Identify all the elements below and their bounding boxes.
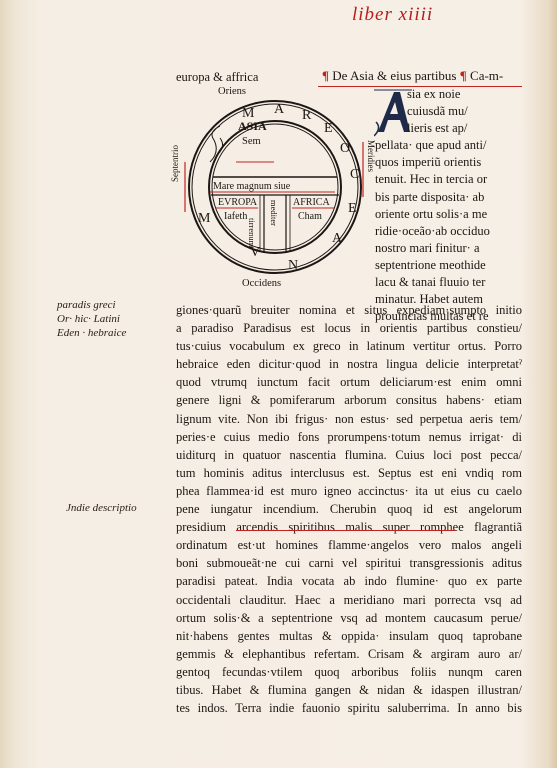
map-caption: europa & affrica — [176, 70, 258, 85]
text-line: quod vtrumq iunctum facit ortum deliciar… — [176, 373, 522, 391]
text-line: septentrione meothide — [375, 257, 522, 274]
svg-text:A: A — [332, 231, 343, 246]
text-line: genere ligni & pomiferarum arborum consi… — [176, 391, 522, 409]
svg-text:O: O — [340, 141, 350, 156]
marginal-note-india: Jndie descriptio — [66, 501, 137, 515]
text-line: giones·quarũ breuiter nomina et situs ex… — [176, 301, 522, 319]
right-column-text: sia ex noie cuiusdã mu/ lieris est ap/ p… — [407, 86, 522, 325]
text-line: ridie·oceão·ab occiduo — [375, 223, 522, 240]
svg-text:C: C — [350, 167, 359, 182]
svg-text:E: E — [348, 201, 357, 216]
map-north-label: Septentrio — [170, 145, 180, 182]
manuscript-page: liber xiiii europa & affrica ¶ De Asia &… — [0, 0, 557, 768]
svg-text:A: A — [274, 102, 285, 117]
text-line: pene iungatur incendium. Cherubin quoq i… — [176, 500, 522, 518]
text-line: ordinatum est·ut homines flamme·angelos … — [176, 536, 522, 554]
map-europa-label: EVROPA — [218, 197, 257, 208]
text-line: gentoq fecundas·vtilem quoq arboribus fo… — [176, 663, 522, 681]
map-east-label: Oriens — [218, 86, 246, 97]
svg-text:R: R — [302, 108, 312, 123]
text-line: ortum solis·& a septentrione vsq ad mont… — [176, 609, 522, 627]
text-line: paradisi pateat. India vocata ab indo fl… — [176, 572, 522, 590]
text-line: lignum vite. Non ibi frigus· non estus· … — [176, 410, 522, 428]
text-line: tum hominis aditus interclusus est. Sept… — [176, 464, 522, 482]
text-line: gemmis & elephantibus refertam. Crisam &… — [176, 645, 522, 663]
text-line: presidium arcendis spiritibus malis supe… — [176, 518, 522, 536]
map-africa-label: AFRICA — [293, 197, 330, 208]
text-line: quos imperiũ orientis — [375, 154, 522, 171]
text-line: hebraice eden dicitur·quod in nostra lin… — [176, 355, 522, 373]
chapter-heading-text: De Asia & eius partibus — [332, 68, 456, 83]
text-line: cuiusdã mu/ — [407, 103, 522, 120]
note-line: paradis greci — [57, 298, 126, 312]
text-line: tibus. Habet & flumina gangen & nidan & … — [176, 681, 522, 699]
marginal-note-paradise: paradis greci Or· hic· Latini Eden · heb… — [57, 298, 126, 340]
text-line: uiditurq in quatuor nascentia flumina. C… — [176, 446, 522, 464]
pilcrow-icon: ¶ — [460, 68, 467, 83]
map-stem-right-label: mediter — [269, 200, 279, 226]
text-line: sia ex noie — [407, 86, 522, 103]
body-text: giones·quarũ breuiter nomina et situs ex… — [176, 301, 522, 717]
t-o-world-map: M A R E O C E A N V M Oriens ASIA Sem Ma… — [180, 92, 370, 282]
text-line: occidentali clauditur. Haec a meridiano … — [176, 591, 522, 609]
text-line: phea flammea·id est muro igneo accinctus… — [176, 482, 522, 500]
svg-text:M: M — [198, 211, 211, 226]
svg-text:N: N — [288, 258, 298, 273]
map-europa-son: Iafeth — [224, 211, 247, 222]
chapter-initial-start: Ca-m- — [470, 68, 503, 83]
map-africa-son: Cham — [298, 211, 322, 222]
map-asia-son: Sem — [242, 136, 261, 147]
note-line: Or· hic· Latini — [57, 312, 126, 326]
pilcrow-icon: ¶ — [322, 68, 329, 83]
text-line: lacu & tanai fluuio ter — [375, 274, 522, 291]
text-line: tenuit. Hec in tercia or — [375, 171, 522, 188]
map-sea-label: Mare magnum siue — [213, 181, 290, 192]
text-line: pellata· que apud anti/ — [375, 137, 522, 154]
text-line: nit·habens gentes multas & oppida· insul… — [176, 627, 522, 645]
text-line: bis parte disposita· ab — [375, 189, 522, 206]
text-line: a paradiso Paradisus est locus in orient… — [176, 319, 522, 337]
text-line: tus·cuius vocabulum ex greco in latinum … — [176, 337, 522, 355]
note-line: Eden · hebraice — [57, 326, 126, 340]
map-west-label: Occidens — [242, 278, 281, 289]
text-line: peries·e cuius medio fons prorumpens·tot… — [176, 428, 522, 446]
map-asia-label: ASIA — [238, 119, 267, 134]
text-line: boni submoueãt·ne cui carni vel spiritui… — [176, 554, 522, 572]
running-head: liber xiiii — [352, 4, 433, 26]
india-rubric-line — [236, 530, 456, 531]
text-line: nostro mari finitur· a — [375, 240, 522, 257]
text-line: oriente ortu solis·a me — [375, 206, 522, 223]
map-stem-left-label: tirrenum — [247, 218, 257, 247]
text-line: lieris est ap/ — [407, 120, 522, 137]
text-line: tes indos. Terra indie fauonio spiritu s… — [176, 699, 522, 717]
chapter-heading: ¶ De Asia & eius partibus ¶ Ca-m- — [322, 68, 503, 84]
svg-text:E: E — [324, 121, 333, 136]
